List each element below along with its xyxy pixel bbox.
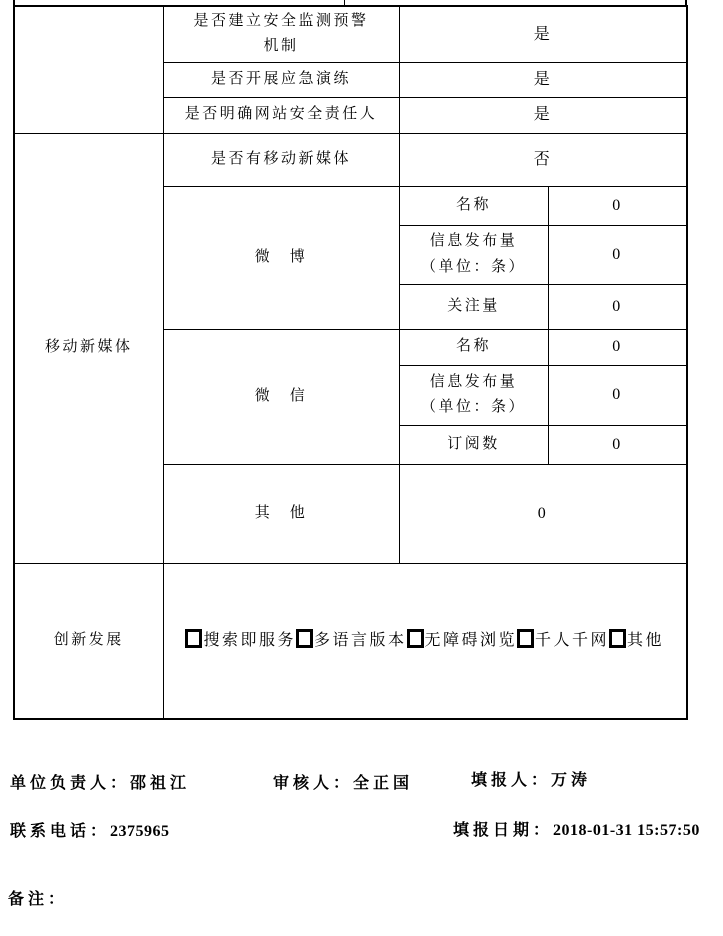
phone-number: 2375965 bbox=[110, 823, 170, 840]
innovation-options-row: 搜索即服务多语言版本无障碍浏览千人千网其他 bbox=[164, 627, 687, 654]
footer-report-date: 填报日期：2018-01-31 15:57:50 bbox=[453, 817, 700, 840]
table-row: 创新发展 搜索即服务多语言版本无障碍浏览千人千网其他 bbox=[14, 563, 687, 719]
row-label-wechat-subscribers: 订阅数 bbox=[399, 425, 548, 464]
phone-label: 联系电话： bbox=[10, 823, 110, 840]
responsible-label: 单位负责人： bbox=[10, 775, 130, 792]
footer-remark: 备注： bbox=[8, 886, 68, 909]
row-label-wechat-posts: 信息发布量 （单位：条） bbox=[399, 365, 548, 425]
checkbox-other-icon[interactable] bbox=[609, 629, 626, 648]
responsible-name: 邵祖江 bbox=[130, 775, 190, 792]
innovation-options-cell: 搜索即服务多语言版本无障碍浏览千人千网其他 bbox=[163, 563, 687, 719]
filler-name: 万涛 bbox=[551, 772, 591, 789]
table-row: 是否建立安全监测预警 机制 是 bbox=[14, 6, 687, 62]
row-value-weibo-followers: 0 bbox=[548, 284, 687, 329]
row-value-weibo-posts: 0 bbox=[548, 225, 687, 284]
checkbox-thousand-sites-label: 千人千网 bbox=[535, 632, 609, 649]
row-label-weibo-posts: 信息发布量 （单位：条） bbox=[399, 225, 548, 284]
footer-reviewer: 审核人：全正国 bbox=[273, 770, 413, 793]
checkbox-search-service-label: 搜索即服务 bbox=[203, 632, 296, 649]
date-value: 2018-01-31 15:57:50 bbox=[553, 822, 700, 839]
reviewer-label: 审核人： bbox=[273, 775, 353, 792]
checkbox-accessibility-label: 无障碍浏览 bbox=[425, 632, 518, 649]
row-label-weibo-followers: 关注量 bbox=[399, 284, 548, 329]
annual-report-table: 是否建立安全监测预警 机制 是 是否开展应急演练 是 是否明确网站安全责任人 是… bbox=[13, 5, 688, 720]
filler-label: 填报人： bbox=[471, 772, 551, 789]
row-value-emergency-drill: 是 bbox=[399, 62, 687, 97]
row-value-security-monitoring: 是 bbox=[399, 6, 687, 62]
checkbox-search-service-icon[interactable] bbox=[185, 629, 202, 648]
row-value-weibo-name: 0 bbox=[548, 186, 687, 225]
row-value-has-mobile-media: 否 bbox=[399, 133, 687, 186]
row-label-security-monitoring: 是否建立安全监测预警 机制 bbox=[163, 6, 399, 62]
row-value-security-responsible: 是 bbox=[399, 97, 687, 133]
checkbox-multilingual-icon[interactable] bbox=[296, 629, 313, 648]
row-label-wechat-name: 名称 bbox=[399, 329, 548, 365]
row-label-has-mobile-media: 是否有移动新媒体 bbox=[163, 133, 399, 186]
checkbox-thousand-sites-icon[interactable] bbox=[517, 629, 534, 648]
footer-responsible-person: 单位负责人：邵祖江 bbox=[10, 770, 190, 793]
group-label-weibo: 微 博 bbox=[163, 186, 399, 329]
checkbox-other-label: 其他 bbox=[627, 632, 664, 649]
row-value-wechat-name: 0 bbox=[548, 329, 687, 365]
group-label-other-media: 其 他 bbox=[163, 464, 399, 563]
row-value-wechat-posts: 0 bbox=[548, 365, 687, 425]
reviewer-name: 全正国 bbox=[353, 775, 413, 792]
remark-label: 备注： bbox=[8, 891, 68, 908]
row-label-weibo-name: 名称 bbox=[399, 186, 548, 225]
row-label-emergency-drill: 是否开展应急演练 bbox=[163, 62, 399, 97]
date-label: 填报日期： bbox=[453, 822, 553, 839]
section-label-mobile-media: 移动新媒体 bbox=[14, 133, 163, 563]
row-value-other-media: 0 bbox=[399, 464, 687, 563]
group-label-wechat: 微 信 bbox=[163, 329, 399, 464]
row-value-wechat-subscribers: 0 bbox=[548, 425, 687, 464]
footer-filler: 填报人：万涛 bbox=[471, 767, 591, 790]
table-row: 移动新媒体 是否有移动新媒体 否 bbox=[14, 133, 687, 186]
row-label-security-responsible: 是否明确网站安全责任人 bbox=[163, 97, 399, 133]
checkbox-multilingual-label: 多语言版本 bbox=[314, 632, 407, 649]
section-label-innovation: 创新发展 bbox=[14, 563, 163, 719]
section-label-cell-empty bbox=[14, 6, 163, 133]
footer-contact-phone: 联系电话：2375965 bbox=[10, 818, 170, 841]
checkbox-accessibility-icon[interactable] bbox=[407, 629, 424, 648]
